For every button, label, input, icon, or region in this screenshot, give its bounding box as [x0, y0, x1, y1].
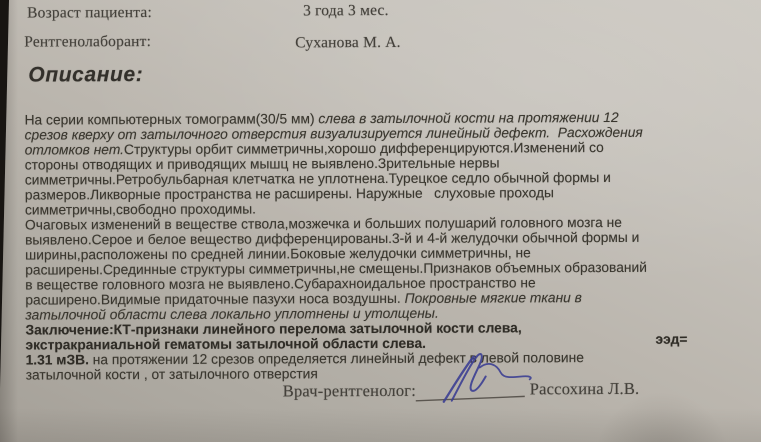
signature-icon: [413, 343, 543, 408]
radiologist-name: Рассохина Л.В.: [530, 379, 640, 399]
document-content: Возраст пациента: 3 года 3 мес. Рентгено…: [0, 0, 761, 442]
technologist-label: Рентгенолаборант:: [24, 33, 151, 52]
patient-age-value: 3 года 3 мес.: [303, 2, 389, 20]
effective-dose-label: ээд=: [655, 332, 687, 347]
description-line: расширены.Срединные структуры симметричн…: [25, 259, 740, 277]
description-line: срезов кверху от затылочного отверстия в…: [25, 124, 740, 142]
description-section-title: Описание:: [28, 63, 143, 88]
radiologist-label: Врач-рентгенолог:: [283, 381, 416, 402]
patient-age-label: Возраст пациента:: [27, 4, 152, 23]
report-body: На серии компьютерных томограмм(30/5 мм)…: [25, 109, 741, 382]
description-line: выявлено.Серое и белое вещество дифферен…: [25, 229, 740, 247]
technologist-value: Суханова М. А.: [295, 34, 401, 52]
